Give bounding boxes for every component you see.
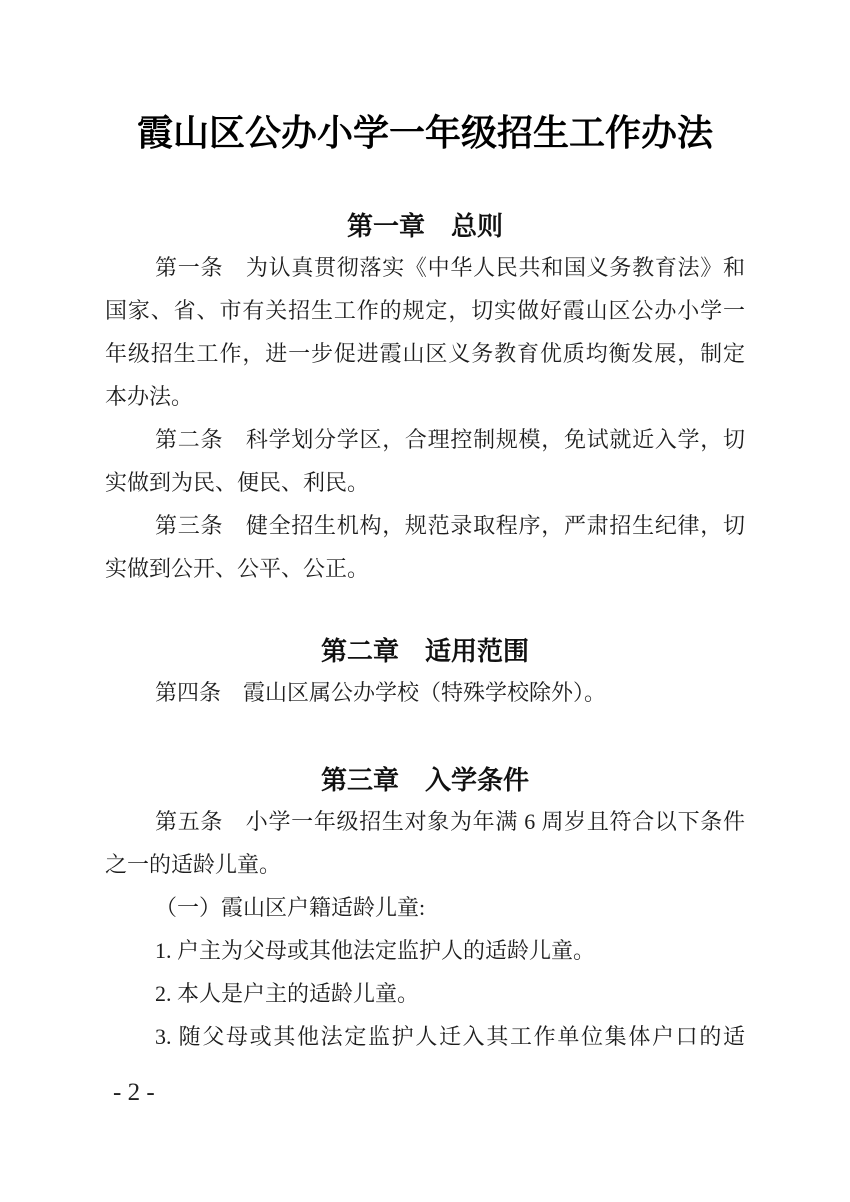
text-line: 年级招生工作，进一步促进霞山区义务教育优质均衡发展，制定 [105,332,745,375]
chapter-heading: 第三章 入学条件 [105,760,745,800]
document-content: 霞山区公办小学一年级招生工作办法第一章 总则第一条 为认真贯彻落实《中华人民共和… [105,110,745,1058]
text-line: 国家、省、市有关招生工作的规定，切实做好霞山区公办小学一 [105,289,745,332]
text-line: 第二条 科学划分学区，合理控制规模，免试就近入学，切 [105,418,745,461]
text-line: 第四条 霞山区属公办学校（特殊学校除外）。 [105,671,745,714]
text-line: 之一的适龄儿童。 [105,843,745,886]
text-line: 1. 户主为父母或其他法定监护人的适龄儿童。 [105,929,745,972]
chapter-heading: 第二章 适用范围 [105,631,745,671]
paragraph: （一）霞山区户籍适龄儿童: [105,886,745,929]
paragraph: 第四条 霞山区属公办学校（特殊学校除外）。 [105,671,745,714]
text-line: 3. 随父母或其他法定监护人迁入其工作单位集体户口的适 [105,1015,745,1058]
text-line: （一）霞山区户籍适龄儿童: [105,886,745,929]
chapter: 第二章 适用范围第四条 霞山区属公办学校（特殊学校除外）。 [105,631,745,714]
document-title: 霞山区公办小学一年级招生工作办法 [105,110,745,156]
text-line: 第一条 为认真贯彻落实《中华人民共和国义务教育法》和 [105,246,745,289]
paragraph: 2. 本人是户主的适龄儿童。 [105,972,745,1015]
text-line: 本办法。 [105,375,745,418]
text-line: 实做到公开、公平、公正。 [105,547,745,590]
paragraph: 第三条 健全招生机构，规范录取程序，严肃招生纪律，切实做到公开、公平、公正。 [105,504,745,590]
paragraph: 1. 户主为父母或其他法定监护人的适龄儿童。 [105,929,745,972]
chapter: 第三章 入学条件第五条 小学一年级招生对象为年满 6 周岁且符合以下条件之一的适… [105,760,745,1058]
chapter: 第一章 总则第一条 为认真贯彻落实《中华人民共和国义务教育法》和国家、省、市有关… [105,206,745,590]
text-line: 第五条 小学一年级招生对象为年满 6 周岁且符合以下条件 [105,800,745,843]
paragraph: 3. 随父母或其他法定监护人迁入其工作单位集体户口的适 [105,1015,745,1058]
document-page: 霞山区公办小学一年级招生工作办法第一章 总则第一条 为认真贯彻落实《中华人民共和… [0,0,850,1202]
paragraph: 第五条 小学一年级招生对象为年满 6 周岁且符合以下条件之一的适龄儿童。 [105,800,745,886]
paragraph: 第一条 为认真贯彻落实《中华人民共和国义务教育法》和国家、省、市有关招生工作的规… [105,246,745,418]
text-line: 2. 本人是户主的适龄儿童。 [105,972,745,1015]
paragraph: 第二条 科学划分学区，合理控制规模，免试就近入学，切实做到为民、便民、利民。 [105,418,745,504]
chapter-heading: 第一章 总则 [105,206,745,246]
text-line: 第三条 健全招生机构，规范录取程序，严肃招生纪律，切 [105,504,745,547]
page-number: - 2 - [113,1080,155,1106]
text-line: 实做到为民、便民、利民。 [105,461,745,504]
